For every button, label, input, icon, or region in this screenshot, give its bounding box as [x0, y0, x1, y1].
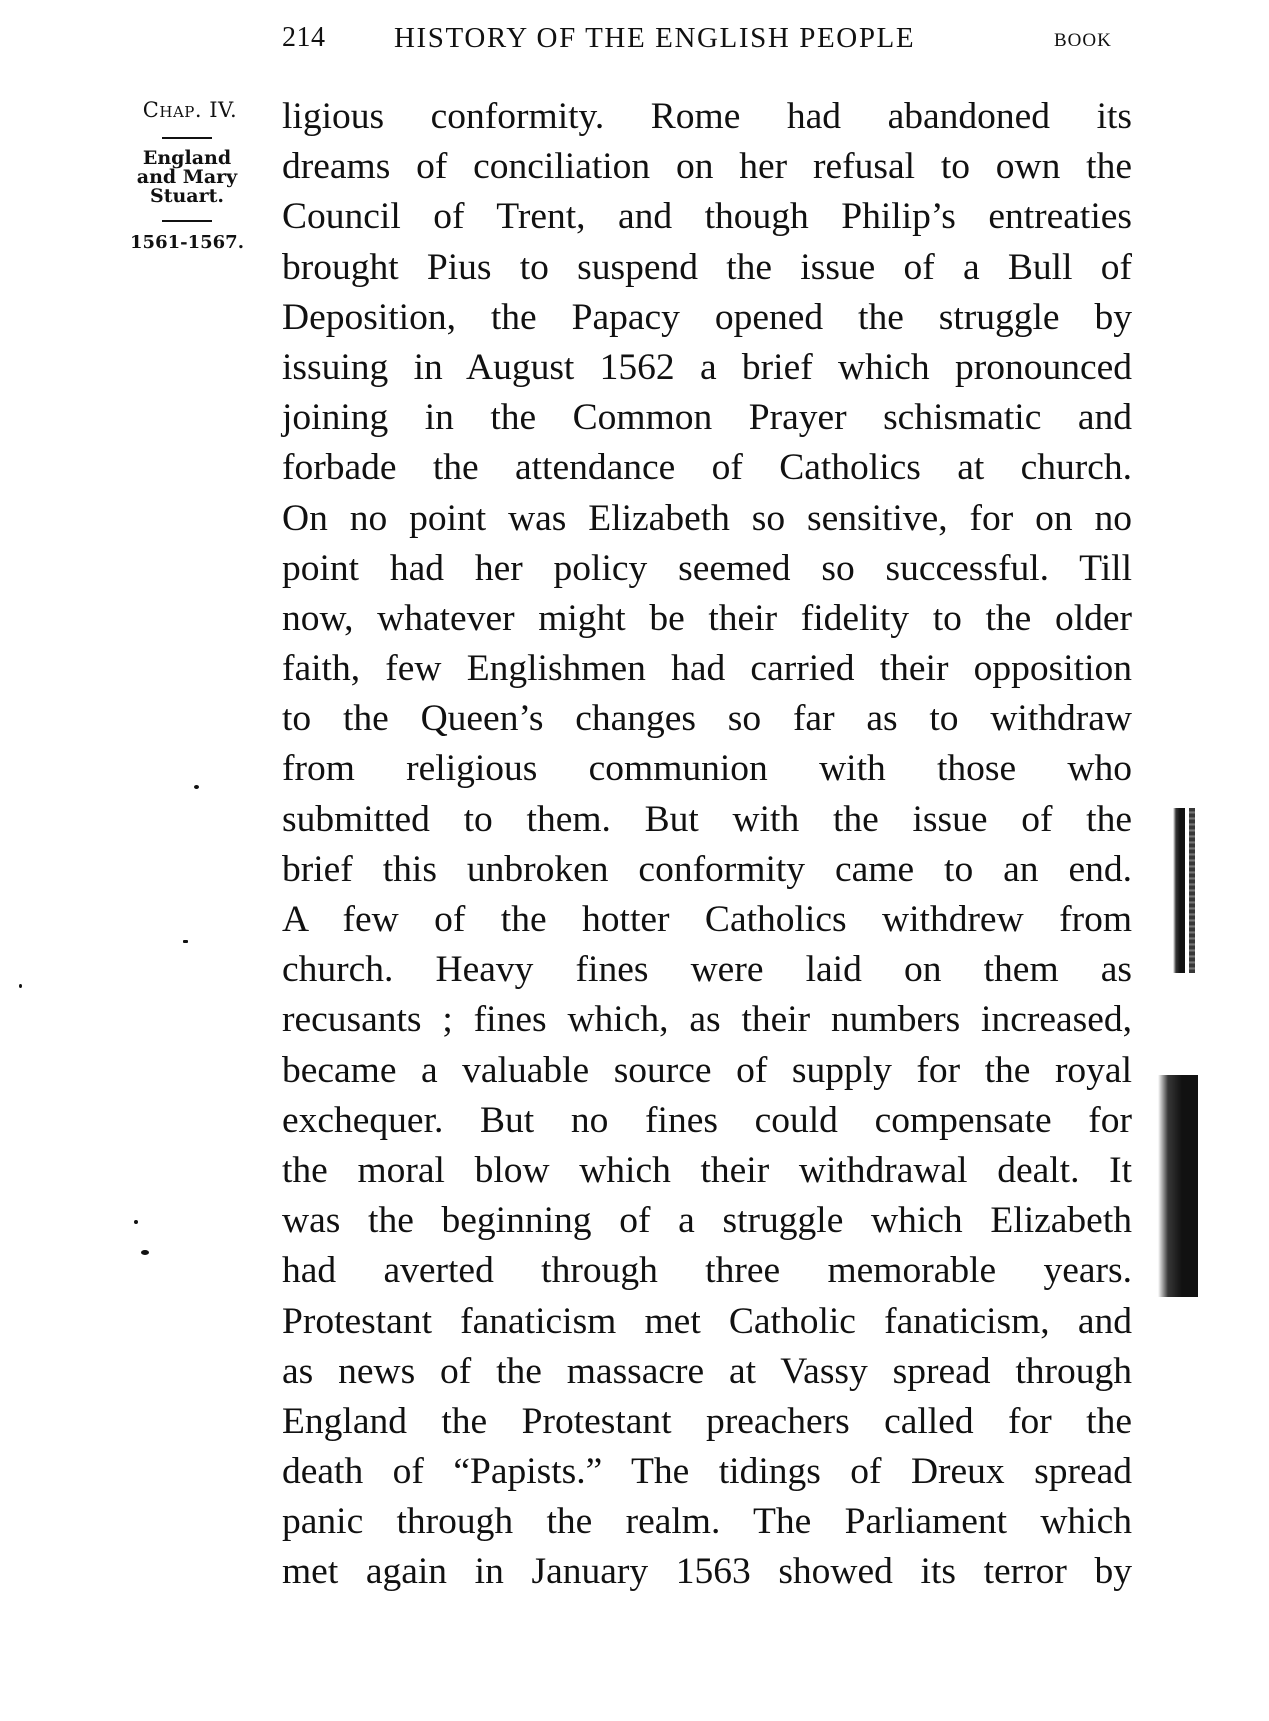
text-line: joining in the Common Prayer schismatic …	[282, 393, 1132, 443]
text-line: became a valuable source of supply for t…	[282, 1046, 1132, 1096]
text-line: church. Heavy fines were laid on them as	[282, 945, 1132, 995]
scan-speck	[141, 1250, 149, 1255]
text-line: Council of Trent, and though Philip’s en…	[282, 192, 1132, 242]
text-line: to the Queen’s changes so far as to with…	[282, 694, 1132, 744]
scan-speck	[134, 1220, 138, 1224]
scan-speck	[183, 940, 188, 943]
text-line: now, whatever might be their fidelity to…	[282, 594, 1132, 644]
text-line: was the beginning of a struggle which El…	[282, 1196, 1132, 1246]
margin-topic-line: Stuart.	[110, 187, 264, 206]
text-line: had averted through three memorable year…	[282, 1246, 1132, 1296]
text-line: the moral blow which their withdrawal de…	[282, 1146, 1132, 1196]
text-line: brief this unbroken conformity came to a…	[282, 845, 1132, 895]
text-line: brought Pius to suspend the issue of a B…	[282, 243, 1132, 293]
running-title: HISTORY OF THE ENGLISH PEOPLE	[394, 22, 915, 55]
margin-rule-divider	[162, 137, 212, 139]
margin-rule-divider	[162, 220, 212, 222]
scan-speck	[19, 984, 22, 988]
text-line: point had her policy seemed so successfu…	[282, 544, 1132, 594]
book-page: 214 HISTORY OF THE ENGLISH PEOPLE BOOK C…	[0, 0, 1269, 1721]
scan-edge-artifact	[1173, 808, 1185, 973]
text-line: recusants ; fines which, as their number…	[282, 995, 1132, 1045]
running-header: 214 HISTORY OF THE ENGLISH PEOPLE BOOK	[282, 22, 1132, 62]
text-line: Deposition, the Papacy opened the strugg…	[282, 293, 1132, 343]
text-line: England the Protestant preachers called …	[282, 1397, 1132, 1447]
text-line: A few of the hotter Catholics withdrew f…	[282, 895, 1132, 945]
body-text: ligious conformity. Rome had abandoned i…	[282, 92, 1132, 1598]
text-line: ligious conformity. Rome had abandoned i…	[282, 92, 1132, 142]
scan-speck	[194, 785, 199, 789]
text-line: Protestant fanaticism met Catholic fanat…	[282, 1297, 1132, 1347]
text-line: submitted to them. But with the issue of…	[282, 795, 1132, 845]
page-number: 214	[282, 22, 326, 54]
text-line: death of “Papists.” The tidings of Dreux…	[282, 1447, 1132, 1497]
scan-edge-artifact	[1158, 1075, 1198, 1297]
text-line: from religious communion with those who	[282, 744, 1132, 794]
margin-years: 1561-1567.	[110, 232, 264, 253]
text-line: issuing in August 1562 a brief which pro…	[282, 343, 1132, 393]
text-line: exchequer. But no fines could compensate…	[282, 1096, 1132, 1146]
running-section-label: BOOK	[1054, 30, 1112, 52]
text-line: panic through the realm. The Parliament …	[282, 1497, 1132, 1547]
margin-topic: England and Mary Stuart.	[110, 149, 264, 206]
text-line: as news of the massacre at Vassy spread …	[282, 1347, 1132, 1397]
text-line: forbade the attendance of Catholics at c…	[282, 443, 1132, 493]
chapter-label: Chap. IV.	[110, 98, 264, 123]
text-line: dreams of conciliation on her refusal to…	[282, 142, 1132, 192]
text-line: On no point was Elizabeth so sensitive, …	[282, 494, 1132, 544]
scan-edge-artifact	[1189, 808, 1195, 973]
text-line: faith, few Englishmen had carried their …	[282, 644, 1132, 694]
text-line: met again in January 1563 showed its ter…	[282, 1547, 1132, 1597]
marginal-notes: Chap. IV. England and Mary Stuart. 1561-…	[110, 98, 264, 253]
